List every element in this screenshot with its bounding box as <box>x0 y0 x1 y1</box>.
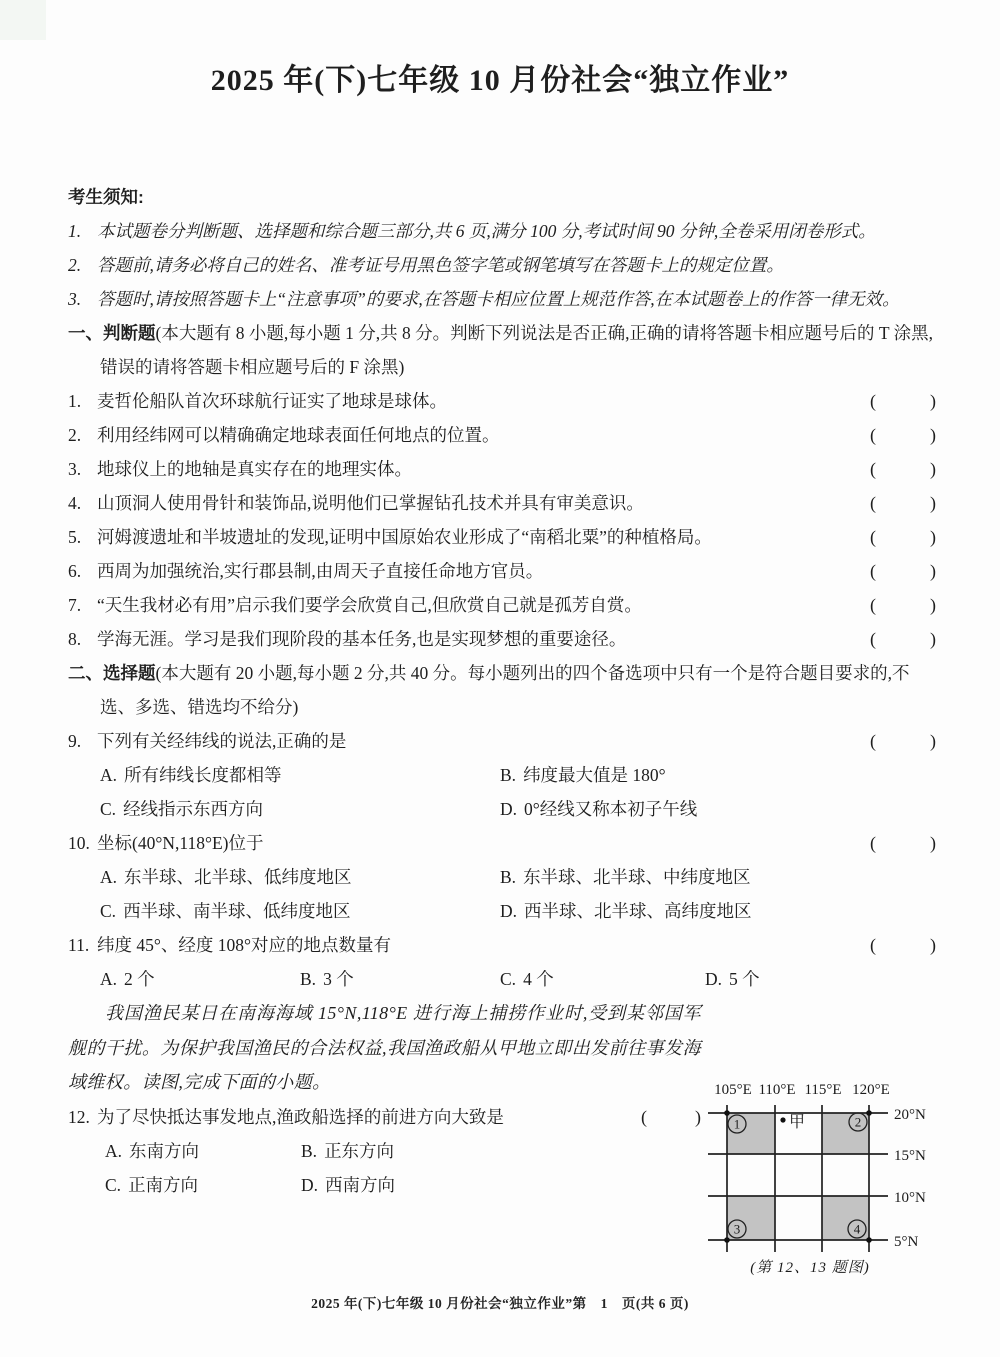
region-3-number: 3 <box>734 1222 741 1237</box>
shaded-cell-4 <box>822 1196 869 1240</box>
corner-dot-ne <box>866 1110 872 1116</box>
section2-desc: (本大题有 20 小题,每小题 2 分,共 40 分。每小题列出的四个备选项中只… <box>100 663 909 717</box>
tf-q6-num: 6. <box>68 554 90 588</box>
mc-question-11: 11.纬度 45°、经度 108°对应的地点数量有 () <box>68 928 936 962</box>
q11-options: A.2 个 B.3 个 C.4 个 D.5 个 <box>68 962 936 996</box>
notice-item-1-num: 1. <box>68 214 90 248</box>
reading-passage: 我国渔民某日在南海海域 15°N,118°E 进行海上捕捞作业时,受到某邻国军舰… <box>68 996 701 1100</box>
corner-dot-nw <box>724 1110 730 1116</box>
tf-q2-text: 利用经纬网可以精确确定地球表面任何地点的位置。 <box>97 425 500 445</box>
answer-brackets: () <box>870 554 936 588</box>
map-figure: 105°E 110°E 115°E 120°E 20°N 15°N 10°N 5… <box>693 1078 1000 1292</box>
option-text: 0°经线又称本初子午线 <box>524 799 697 819</box>
bracket-open: ( <box>870 588 876 622</box>
notice-item-2: 2.答题前,请务必将自己的姓名、准考证号用黑色签字笔或钢笔填写在答题卡上的规定位… <box>68 248 936 282</box>
lon-label-110e: 110°E <box>758 1082 795 1098</box>
q11-option-c: C.4 个 <box>500 962 705 996</box>
option-text: 东半球、北半球、低纬度地区 <box>124 867 352 887</box>
option-label: C. <box>500 962 516 996</box>
bracket-open: ( <box>870 724 876 758</box>
exam-body: 考生须知: 1.本试题卷分判断题、选择题和综合题三部分,共 6 页,满分 100… <box>68 180 936 1202</box>
notice-item-2-num: 2. <box>68 248 90 282</box>
page-title: 2025 年(下)七年级 10 月份社会“独立作业” <box>0 58 1000 104</box>
tf-question-3: 3.地球仪上的地轴是真实存在的地理实体。 () <box>68 452 936 486</box>
q12-text: 为了尽快抵达事发地点,渔政船选择的前进方向大致是 <box>97 1107 504 1127</box>
notice-item-1: 1.本试题卷分判断题、选择题和综合题三部分,共 6 页,满分 100 分,考试时… <box>68 214 936 248</box>
bracket-open: ( <box>870 452 876 486</box>
tf-q8-num: 8. <box>68 622 90 656</box>
q9-option-a: A.所有纬线长度都相等 <box>100 758 500 792</box>
q12-block: 我国渔民某日在南海海域 15°N,118°E 进行海上捕捞作业时,受到某邻国军舰… <box>68 996 701 1202</box>
answer-brackets: () <box>870 826 936 860</box>
option-label: A. <box>100 962 117 996</box>
q11-option-b: B.3 个 <box>300 962 500 996</box>
lon-label-105e: 105°E <box>714 1082 752 1098</box>
region-1-number: 1 <box>734 1117 741 1132</box>
shaded-cell-2 <box>822 1113 869 1154</box>
option-text: 5 个 <box>729 969 760 989</box>
section2-title: 二、选择题 <box>68 663 156 683</box>
tf-q7-num: 7. <box>68 588 90 622</box>
bracket-close: ) <box>930 622 936 656</box>
tf-q1-text: 麦哲伦船队首次环球航行证实了地球是球体。 <box>97 391 447 411</box>
map-caption: (第 12、13 题图) <box>750 1259 870 1276</box>
answer-brackets: () <box>870 588 936 622</box>
tf-q1-num: 1. <box>68 384 90 418</box>
q9-option-d: D.0°经线又称本初子午线 <box>500 792 936 826</box>
bracket-close: ) <box>930 486 936 520</box>
answer-brackets: () <box>870 928 936 962</box>
option-text: 2 个 <box>124 969 155 989</box>
q12-option-c: C.正南方向 <box>105 1168 301 1202</box>
notice-item-2-text: 答题前,请务必将自己的姓名、准考证号用黑色签字笔或钢笔填写在答题卡上的规定位置。 <box>97 255 784 275</box>
option-label: D. <box>500 792 517 826</box>
option-text: 东半球、北半球、中纬度地区 <box>523 867 751 887</box>
q10-option-c: C.西半球、南半球、低纬度地区 <box>100 894 500 928</box>
bracket-close: ) <box>930 418 936 452</box>
option-label: B. <box>300 962 316 996</box>
option-label: C. <box>105 1168 121 1202</box>
mc-question-10: 10.坐标(40°N,118°E)位于 () <box>68 826 936 860</box>
q12-option-a: A.东南方向 <box>105 1134 301 1168</box>
q12-num: 12. <box>68 1100 90 1134</box>
tf-q3-num: 3. <box>68 452 90 486</box>
tf-q2-num: 2. <box>68 418 90 452</box>
lon-label-115e: 115°E <box>804 1082 841 1098</box>
option-text: 西南方向 <box>325 1175 395 1195</box>
tf-question-2: 2.利用经纬网可以精确确定地球表面任何地点的位置。 () <box>68 418 936 452</box>
answer-brackets: () <box>870 520 936 554</box>
q10-option-a: A.东半球、北半球、低纬度地区 <box>100 860 500 894</box>
answer-brackets: () <box>870 486 936 520</box>
option-text: 纬度最大值是 180° <box>523 765 666 785</box>
option-text: 正南方向 <box>128 1175 198 1195</box>
option-label: C. <box>100 792 116 826</box>
notice-item-1-text: 本试题卷分判断题、选择题和综合题三部分,共 6 页,满分 100 分,考试时间 … <box>97 221 876 241</box>
bracket-close: ) <box>930 554 936 588</box>
bracket-close: ) <box>930 724 936 758</box>
bracket-open: ( <box>870 520 876 554</box>
answer-brackets: () <box>870 452 936 486</box>
option-text: 正东方向 <box>324 1141 394 1161</box>
lat-label-15n: 15°N <box>894 1148 926 1164</box>
answer-brackets: () <box>870 724 936 758</box>
notice-item-3: 3.答题时,请按照答题卡上“注意事项”的要求,在答题卡相应位置上规范作答,在本试… <box>68 282 936 316</box>
bracket-close: ) <box>930 384 936 418</box>
option-text: 西半球、南半球、低纬度地区 <box>123 901 351 921</box>
q12-option-b: B.正东方向 <box>301 1134 498 1168</box>
option-label: A. <box>105 1134 122 1168</box>
notice-item-3-num: 3. <box>68 282 90 316</box>
page-footer: 2025 年(下)七年级 10 月份社会“独立作业”第 1 页(共 6 页) <box>0 1292 1000 1312</box>
q10-option-d: D.西半球、北半球、高纬度地区 <box>500 894 936 928</box>
corner-dot-se <box>866 1237 872 1243</box>
q12-option-d: D.西南方向 <box>301 1168 498 1202</box>
option-label: D. <box>705 962 722 996</box>
tf-question-4: 4.山顶洞人使用骨针和装饰品,说明他们已掌握钻孔技术并具有审美意识。 () <box>68 486 936 520</box>
answer-brackets: () <box>641 1100 701 1134</box>
q10-num: 10. <box>68 826 90 860</box>
option-text: 西半球、北半球、高纬度地区 <box>524 901 752 921</box>
option-text: 所有纬线长度都相等 <box>124 765 282 785</box>
tf-q5-num: 5. <box>68 520 90 554</box>
q12-options: A.东南方向 B.正东方向 C.正南方向 D.西南方向 <box>68 1134 498 1202</box>
lon-label-120e: 120°E <box>852 1082 890 1098</box>
bracket-open: ( <box>870 622 876 656</box>
section1-heading: 一、判断题(本大题有 8 小题,每小题 1 分,共 8 分。判断下列说法是否正确… <box>68 316 936 384</box>
tf-question-8: 8.学海无涯。学习是我们现阶段的基本任务,也是实现梦想的重要途径。 () <box>68 622 936 656</box>
option-label: B. <box>500 860 516 894</box>
tf-q7-text: “天生我材必有用”启示我们要学会欣赏自己,但欣赏自己就是孤芳自赏。 <box>97 595 642 615</box>
point-jia-dot <box>780 1117 785 1122</box>
bracket-close: ) <box>930 928 936 962</box>
q11-text: 纬度 45°、经度 108°对应的地点数量有 <box>97 935 391 955</box>
option-label: A. <box>100 860 117 894</box>
bracket-open: ( <box>870 486 876 520</box>
option-text: 东南方向 <box>129 1141 199 1161</box>
option-label: A. <box>100 758 117 792</box>
region-4-number: 4 <box>854 1222 861 1237</box>
bracket-close: ) <box>930 588 936 622</box>
bracket-open: ( <box>870 826 876 860</box>
section1-desc: (本大题有 8 小题,每小题 1 分,共 8 分。判断下列说法是否正确,正确的请… <box>100 323 933 377</box>
q11-option-d: D.5 个 <box>705 962 760 996</box>
answer-brackets: () <box>870 622 936 656</box>
mc-question-12: 12.为了尽快抵达事发地点,渔政船选择的前进方向大致是 () <box>68 1100 701 1134</box>
notice-heading: 考生须知: <box>68 180 936 214</box>
q11-num: 11. <box>68 928 90 962</box>
option-text: 4 个 <box>523 969 554 989</box>
latlon-grid-map: 105°E 110°E 115°E 120°E 20°N 15°N 10°N 5… <box>693 1078 1000 1292</box>
mc-question-9: 9.下列有关经纬线的说法,正确的是 () <box>68 724 936 758</box>
bracket-open: ( <box>870 384 876 418</box>
answer-brackets: () <box>870 418 936 452</box>
option-label: C. <box>100 894 116 928</box>
q9-text: 下列有关经纬线的说法,正确的是 <box>97 731 346 751</box>
bracket-open: ( <box>870 554 876 588</box>
option-label: B. <box>500 758 516 792</box>
tf-q4-num: 4. <box>68 486 90 520</box>
corner-dot-sw <box>724 1237 730 1243</box>
tf-q5-text: 河姆渡遗址和半坡遗址的发现,证明中国原始农业形成了“南稻北粟”的种植格局。 <box>97 527 712 547</box>
option-label: D. <box>301 1168 318 1202</box>
answer-brackets: () <box>870 384 936 418</box>
scan-artifact <box>0 0 46 40</box>
lat-label-5n: 5°N <box>894 1234 918 1250</box>
option-text: 3 个 <box>323 969 354 989</box>
q9-options: A.所有纬线长度都相等 B.纬度最大值是 180° C.经线指示东西方向 D.0… <box>68 758 936 826</box>
q9-num: 9. <box>68 724 90 758</box>
section2-heading: 二、选择题(本大题有 20 小题,每小题 2 分,共 40 分。每小题列出的四个… <box>68 656 936 724</box>
tf-question-5: 5.河姆渡遗址和半坡遗址的发现,证明中国原始农业形成了“南稻北粟”的种植格局。 … <box>68 520 936 554</box>
q9-option-b: B.纬度最大值是 180° <box>500 758 936 792</box>
bracket-close: ) <box>930 520 936 554</box>
q10-options: A.东半球、北半球、低纬度地区 B.东半球、北半球、中纬度地区 C.西半球、南半… <box>68 860 936 928</box>
bracket-open: ( <box>870 418 876 452</box>
point-jia-label: 甲 <box>789 1113 805 1131</box>
tf-q6-text: 西周为加强统治,实行郡县制,由周天子直接任命地方官员。 <box>97 561 543 581</box>
option-label: D. <box>500 894 517 928</box>
section1-title: 一、判断题 <box>68 323 156 343</box>
lat-label-20n: 20°N <box>894 1107 926 1123</box>
tf-q4-text: 山顶洞人使用骨针和装饰品,说明他们已掌握钻孔技术并具有审美意识。 <box>97 493 644 513</box>
q11-option-a: A.2 个 <box>100 962 300 996</box>
tf-question-7: 7.“天生我材必有用”启示我们要学会欣赏自己,但欣赏自己就是孤芳自赏。 () <box>68 588 936 622</box>
tf-q3-text: 地球仪上的地轴是真实存在的地理实体。 <box>97 459 412 479</box>
bracket-open: ( <box>870 928 876 962</box>
tf-question-6: 6.西周为加强统治,实行郡县制,由周天子直接任命地方官员。 () <box>68 554 936 588</box>
lat-label-10n: 10°N <box>894 1190 926 1206</box>
tf-question-1: 1.麦哲伦船队首次环球航行证实了地球是球体。 () <box>68 384 936 418</box>
notice-item-3-text: 答题时,请按照答题卡上“注意事项”的要求,在答题卡相应位置上规范作答,在本试题卷… <box>97 289 900 309</box>
tf-q8-text: 学海无涯。学习是我们现阶段的基本任务,也是实现梦想的重要途径。 <box>97 629 626 649</box>
q10-option-b: B.东半球、北半球、中纬度地区 <box>500 860 936 894</box>
bracket-close: ) <box>930 452 936 486</box>
option-text: 经线指示东西方向 <box>123 799 263 819</box>
bracket-open: ( <box>641 1100 647 1134</box>
q10-text: 坐标(40°N,118°E)位于 <box>97 833 263 853</box>
bracket-close: ) <box>930 826 936 860</box>
q9-option-c: C.经线指示东西方向 <box>100 792 500 826</box>
option-label: B. <box>301 1134 317 1168</box>
region-2-number: 2 <box>855 1115 862 1130</box>
